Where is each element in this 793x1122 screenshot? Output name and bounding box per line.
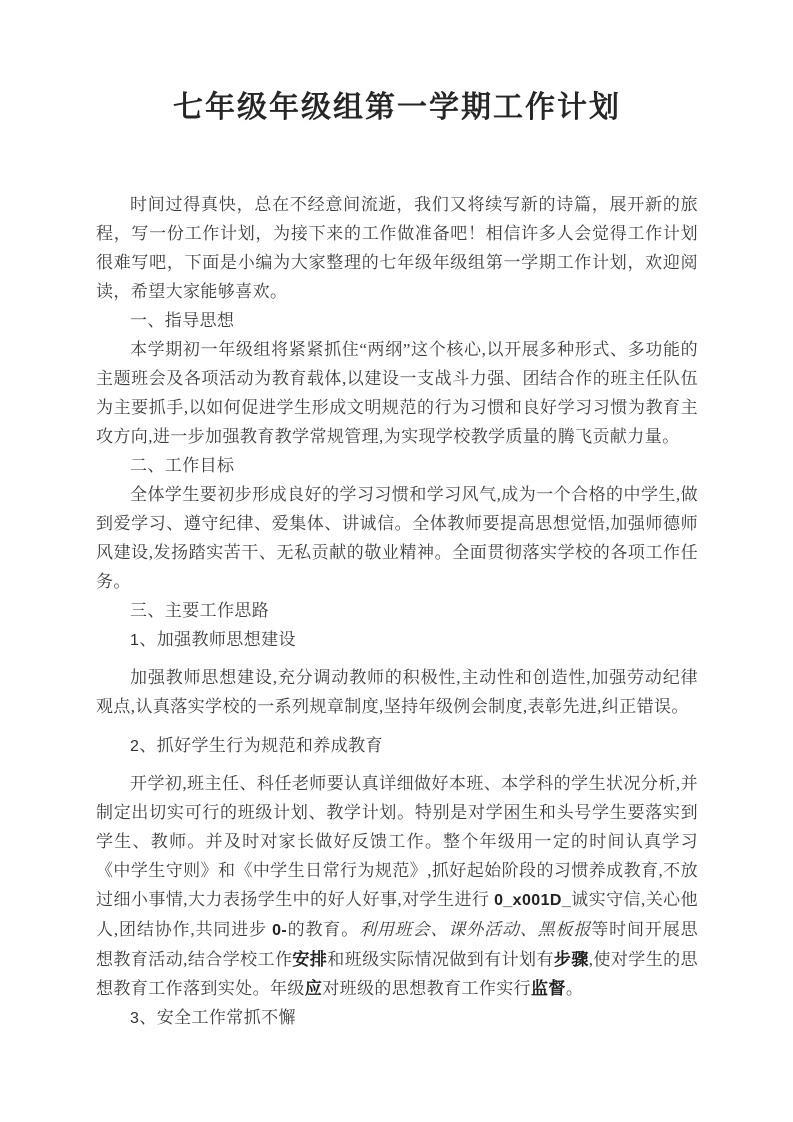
paragraph-student-behavior: 开学初,班主任、科任老师要认真详细做好本班、本学科的学生状况分析,并制定出切实可… [96, 769, 698, 1003]
document-title: 七年级年级组第一学期工作计划 [96, 88, 698, 128]
paragraph-teacher-building: 加强教师思想建设,充分调动教师的积极性,主动性和创造性,加强劳动纪律观点,认真落… [96, 663, 698, 721]
text-run-control-code: 0_x001D_ [494, 892, 571, 909]
subheading-safety-work: 3、安全工作常抓不懈 [96, 1003, 698, 1033]
text-run: 和班级实际情况做到有计划有 [327, 950, 554, 969]
subheading-student-behavior: 2、抓好学生行为规范和养成教育 [96, 731, 698, 761]
text-run: 对班级的思想教育工作实行 [322, 979, 531, 998]
paragraph-work-goals: 全体学生要初步形成良好的学习习惯和学习风气,成为一个合格的中学生,做到爱学习、遵… [96, 480, 698, 596]
text-run-italic: 利用班会、课外活动、黑板报 [359, 920, 591, 939]
section-heading-main-ideas: 三、主要工作思路 [96, 596, 698, 625]
text-run-bold: 应 [305, 979, 322, 998]
subheading-1-number: 1 [130, 632, 139, 649]
subheading-3-text: 、安全工作常抓不懈 [139, 1008, 296, 1027]
paragraph-guiding-ideology: 本学期初一年级组将紧紧抓住“两纲”这个核心,以开展多种形式、多功能的主题班会及各… [96, 335, 698, 451]
text-run-bold: 监督 [531, 979, 566, 998]
text-run-bold: 步骤 [554, 950, 589, 969]
subheading-1-text: 、加强教师思想建设 [139, 630, 296, 649]
document-page: 七年级年级组第一学期工作计划 时间过得真快，总在不经意间流逝，我们又将续写新的诗… [0, 0, 793, 1122]
subheading-teacher-building: 1、加强教师思想建设 [96, 625, 698, 655]
text-run-bold: 安排 [292, 950, 327, 969]
text-run: 开学初,班主任、科任老师要认真详细做好本班、本学科的学生状况分析,并制定出切实可… [96, 774, 698, 909]
subheading-2-number: 2 [130, 738, 139, 755]
text-run: 的教育。 [287, 920, 359, 939]
text-run: 。 [566, 979, 583, 998]
subheading-3-number: 3 [130, 1010, 139, 1027]
subheading-2-text: 、抓好学生行为规范和养成教育 [139, 736, 383, 755]
intro-paragraph: 时间过得真快，总在不经意间流逝，我们又将续写新的诗篇，展开新的旅程，写一份工作计… [96, 190, 698, 306]
section-heading-work-goals: 二、工作目标 [96, 451, 698, 480]
section-heading-guiding-ideology: 一、指导思想 [96, 306, 698, 335]
text-run-control-code: 0- [272, 922, 287, 939]
